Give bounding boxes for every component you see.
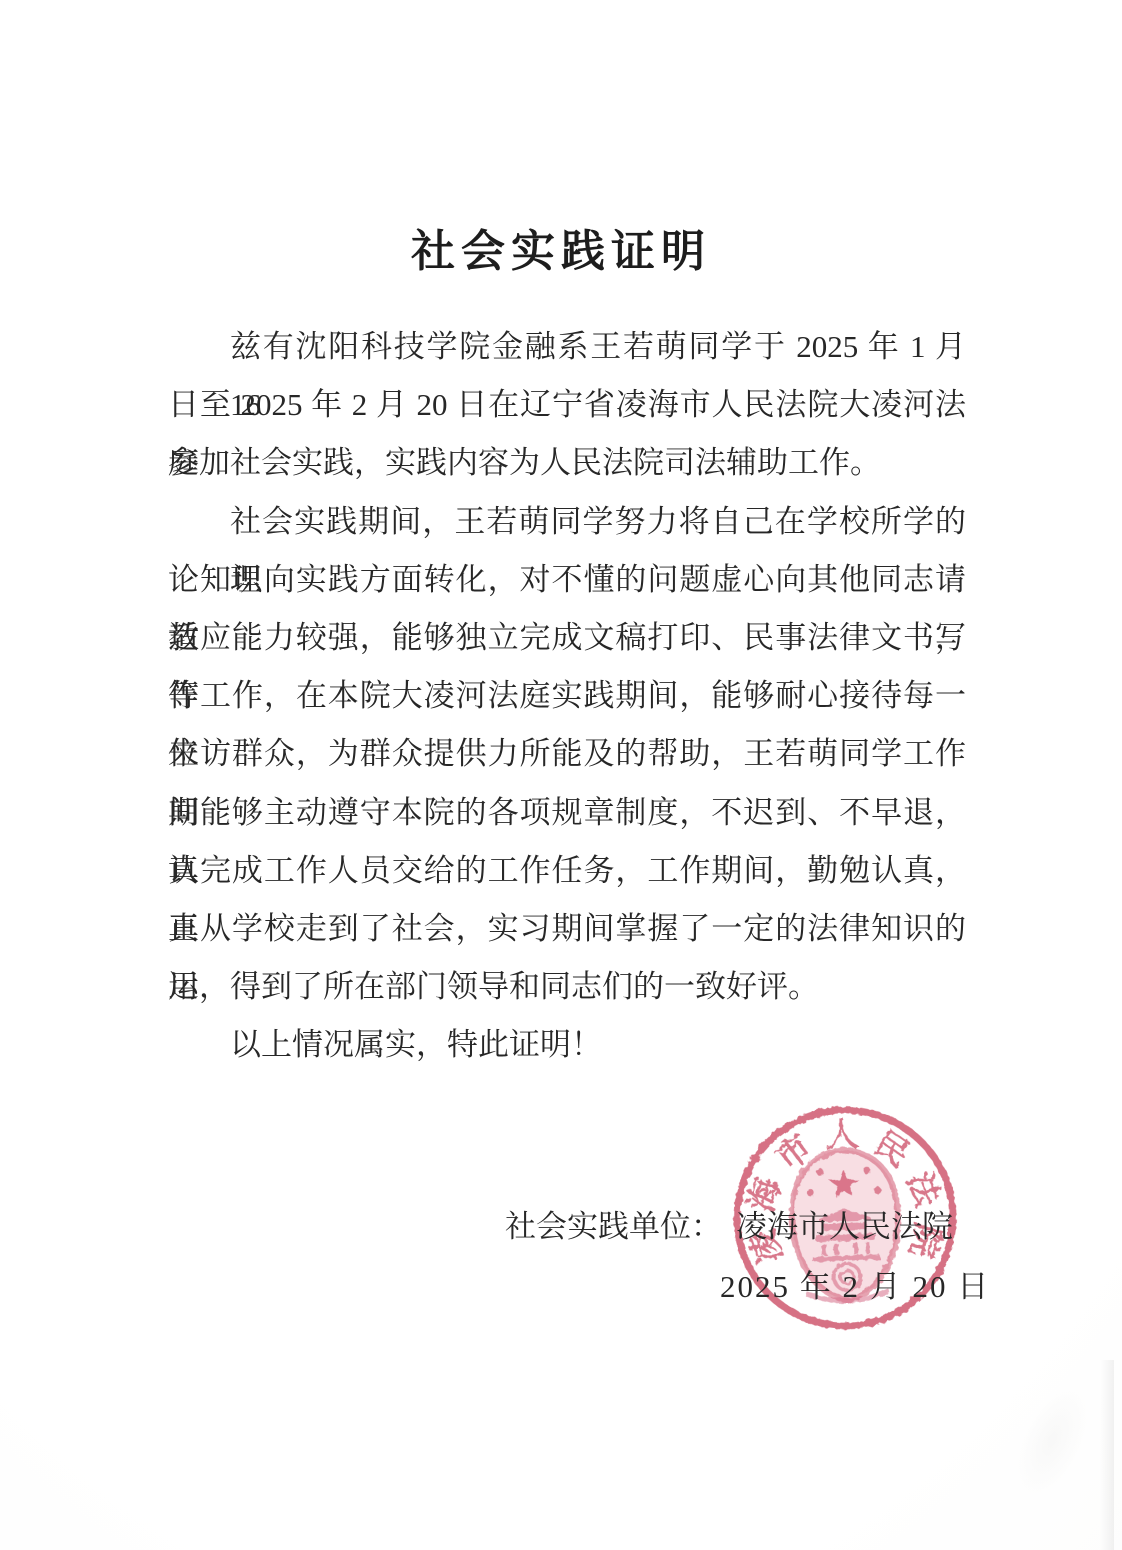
body-line: 来访群众，为群众提供力所能及的帮助，王若萌同学工作期 — [168, 725, 966, 783]
body-line: 兹有沈阳科技学院金融系王若萌同学于 2025 年 1 月 16 — [168, 318, 966, 376]
body-line: 参加社会实践，实践内容为人民法院司法辅助工作。 — [168, 434, 966, 492]
body-line: 适应能力较强，能够独立完成文稿打印、民事法律文书写作 — [168, 609, 966, 667]
body-line: 日至 2025 年 2 月 20 日在辽宁省凌海市人民法院大凌河法庭 — [168, 376, 966, 434]
closing-line: 以上情况属实，特此证明！ — [168, 1016, 966, 1074]
seal-arc-char: 院 — [902, 1220, 948, 1263]
page-title: 社会实践证明 — [0, 215, 1122, 279]
body-line: 间能够主动遵守本院的各项规章制度，不迟到、不早退，认 — [168, 784, 966, 842]
national-emblem-icon — [790, 1148, 901, 1303]
seal-arc-char: 海 — [742, 1173, 788, 1216]
body-line: 正从学校走到了社会，实习期间掌握了一定的法律知识的运 — [168, 900, 966, 958]
scan-smudge — [1100, 1360, 1114, 1550]
practice-unit-label: 社会实践单位： — [505, 1206, 722, 1248]
body-line: 用，得到了所在部门领导和同志们的一致好评。 — [168, 958, 966, 1016]
official-court-seal: 凌 海 市 人 民 法 院 — [722, 1095, 968, 1341]
body-line: 社会实践期间，王若萌同学努力将自己在学校所学的理 — [168, 493, 966, 551]
scan-smudge — [999, 1373, 1104, 1507]
body-line: 真完成工作人员交给的工作任务，工作期间，勤勉认真，真 — [168, 842, 966, 900]
certificate-page: 社会实践证明 兹有沈阳科技学院金融系王若萌同学于 2025 年 1 月 16 日… — [0, 0, 1122, 1550]
body-line: 论知识向实践方面转化，对不懂的问题虚心向其他同志请教， — [168, 551, 966, 609]
body-line: 等工作，在本院大凌河法庭实践期间，能够耐心接待每一位 — [168, 667, 966, 725]
document-body: 兹有沈阳科技学院金融系王若萌同学于 2025 年 1 月 16 日至 2025 … — [168, 318, 966, 1074]
